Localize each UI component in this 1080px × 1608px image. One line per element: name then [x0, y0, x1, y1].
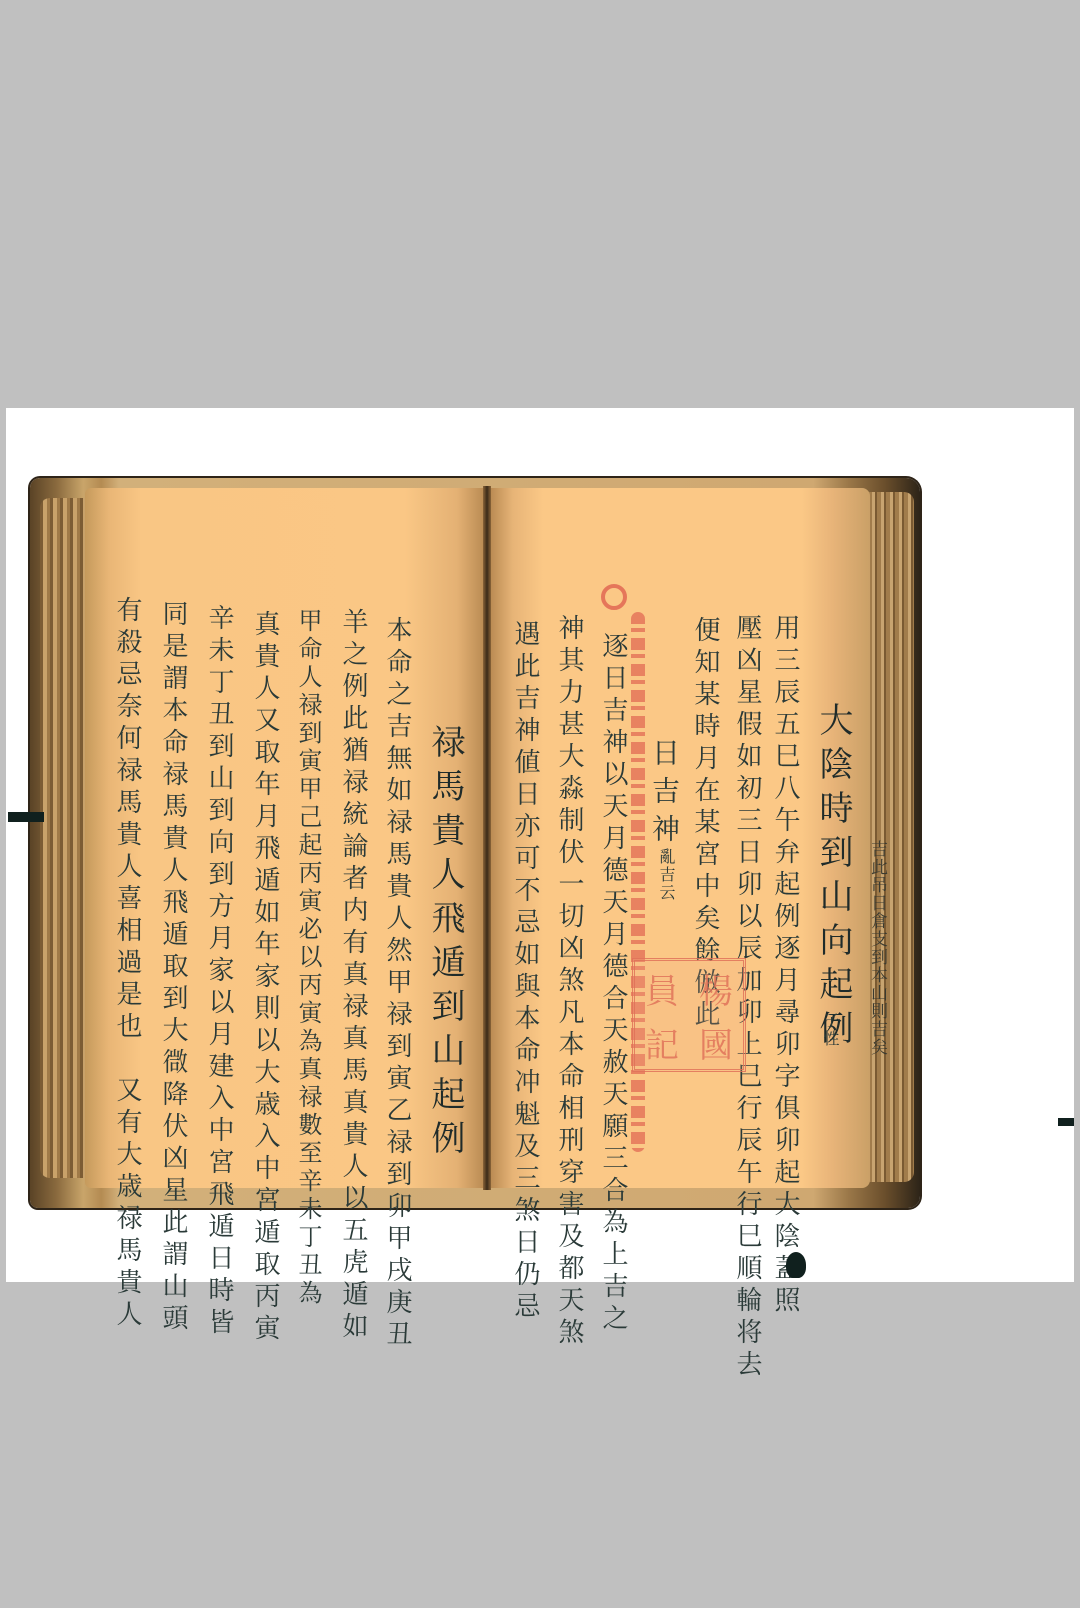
right-page-column-4: 逐日吉神以天月德天月德合天赦天願三合為上吉之	[600, 632, 626, 1336]
seal-char: 楊	[689, 964, 743, 1013]
left-fore-edge	[40, 498, 86, 1178]
right-page-heading-2: 日吉神	[650, 738, 678, 852]
red-seal-stamp: 員 楊 記 國	[632, 958, 746, 1072]
left-page-column-1: 本命之吉無如禄馬貴人然甲禄到寅乙禄到卯甲戌庚丑	[384, 616, 410, 1352]
right-fore-edge	[868, 492, 914, 1182]
scan-artifact-right	[1058, 1118, 1074, 1126]
left-page-column-6: 同是謂本命禄馬貴人飛遁取到大㣲降伏凶星此謂山頭	[160, 600, 186, 1336]
left-page-column-5: 辛未丁丑到山到向到方月家以月建入中宮飛遁日時皆	[206, 604, 232, 1340]
left-page-column-3: 甲命人禄到寅甲己起丙寅必以丙寅為真禄數至辛未丁丑為	[296, 608, 320, 1308]
seal-char: 記	[635, 1018, 689, 1067]
right-page-column-6: 遇此吉神値日亦可不忌如與本命冲魁及三煞日仍忌	[512, 620, 538, 1324]
right-page-title: 大陰時到山向起例	[816, 702, 850, 1054]
left-page-column-7: 有殺忌奈何禄馬貴人喜相過是也 又有大歳禄馬貴人	[114, 596, 140, 1332]
right-page-column-5: 神其力甚大淼制伏一切凶煞凡本命相刑穿害及都天煞	[556, 614, 582, 1350]
left-page-column-4: 真貴人又取年月飛遁如年家則以大歳入中宮遁取丙寅	[252, 610, 278, 1346]
left-page-column-2: 羊之例此猶禄統論者内有真禄真馬真貴人以五虎遁如	[340, 608, 366, 1344]
seal-char: 員	[635, 964, 689, 1013]
right-page-title-note: 子性	[822, 1012, 838, 1048]
ink-blot	[786, 1252, 806, 1278]
red-circle-mark	[601, 584, 627, 610]
left-page-title: 禄馬貴人飛遁到山起例	[428, 724, 462, 1164]
edge-annotation: 吉此吊日倉支到本山則吉矣	[868, 840, 885, 1056]
right-page-heading-2-note: 亂吉云	[658, 848, 674, 902]
book-gutter	[483, 486, 491, 1190]
seal-char: 國	[689, 1018, 743, 1067]
scan-artifact-left	[8, 812, 44, 822]
right-page-column-1: 用三辰五巳八午弁起例逐月尋卯字俱卯起大陰蓋照	[772, 614, 798, 1318]
